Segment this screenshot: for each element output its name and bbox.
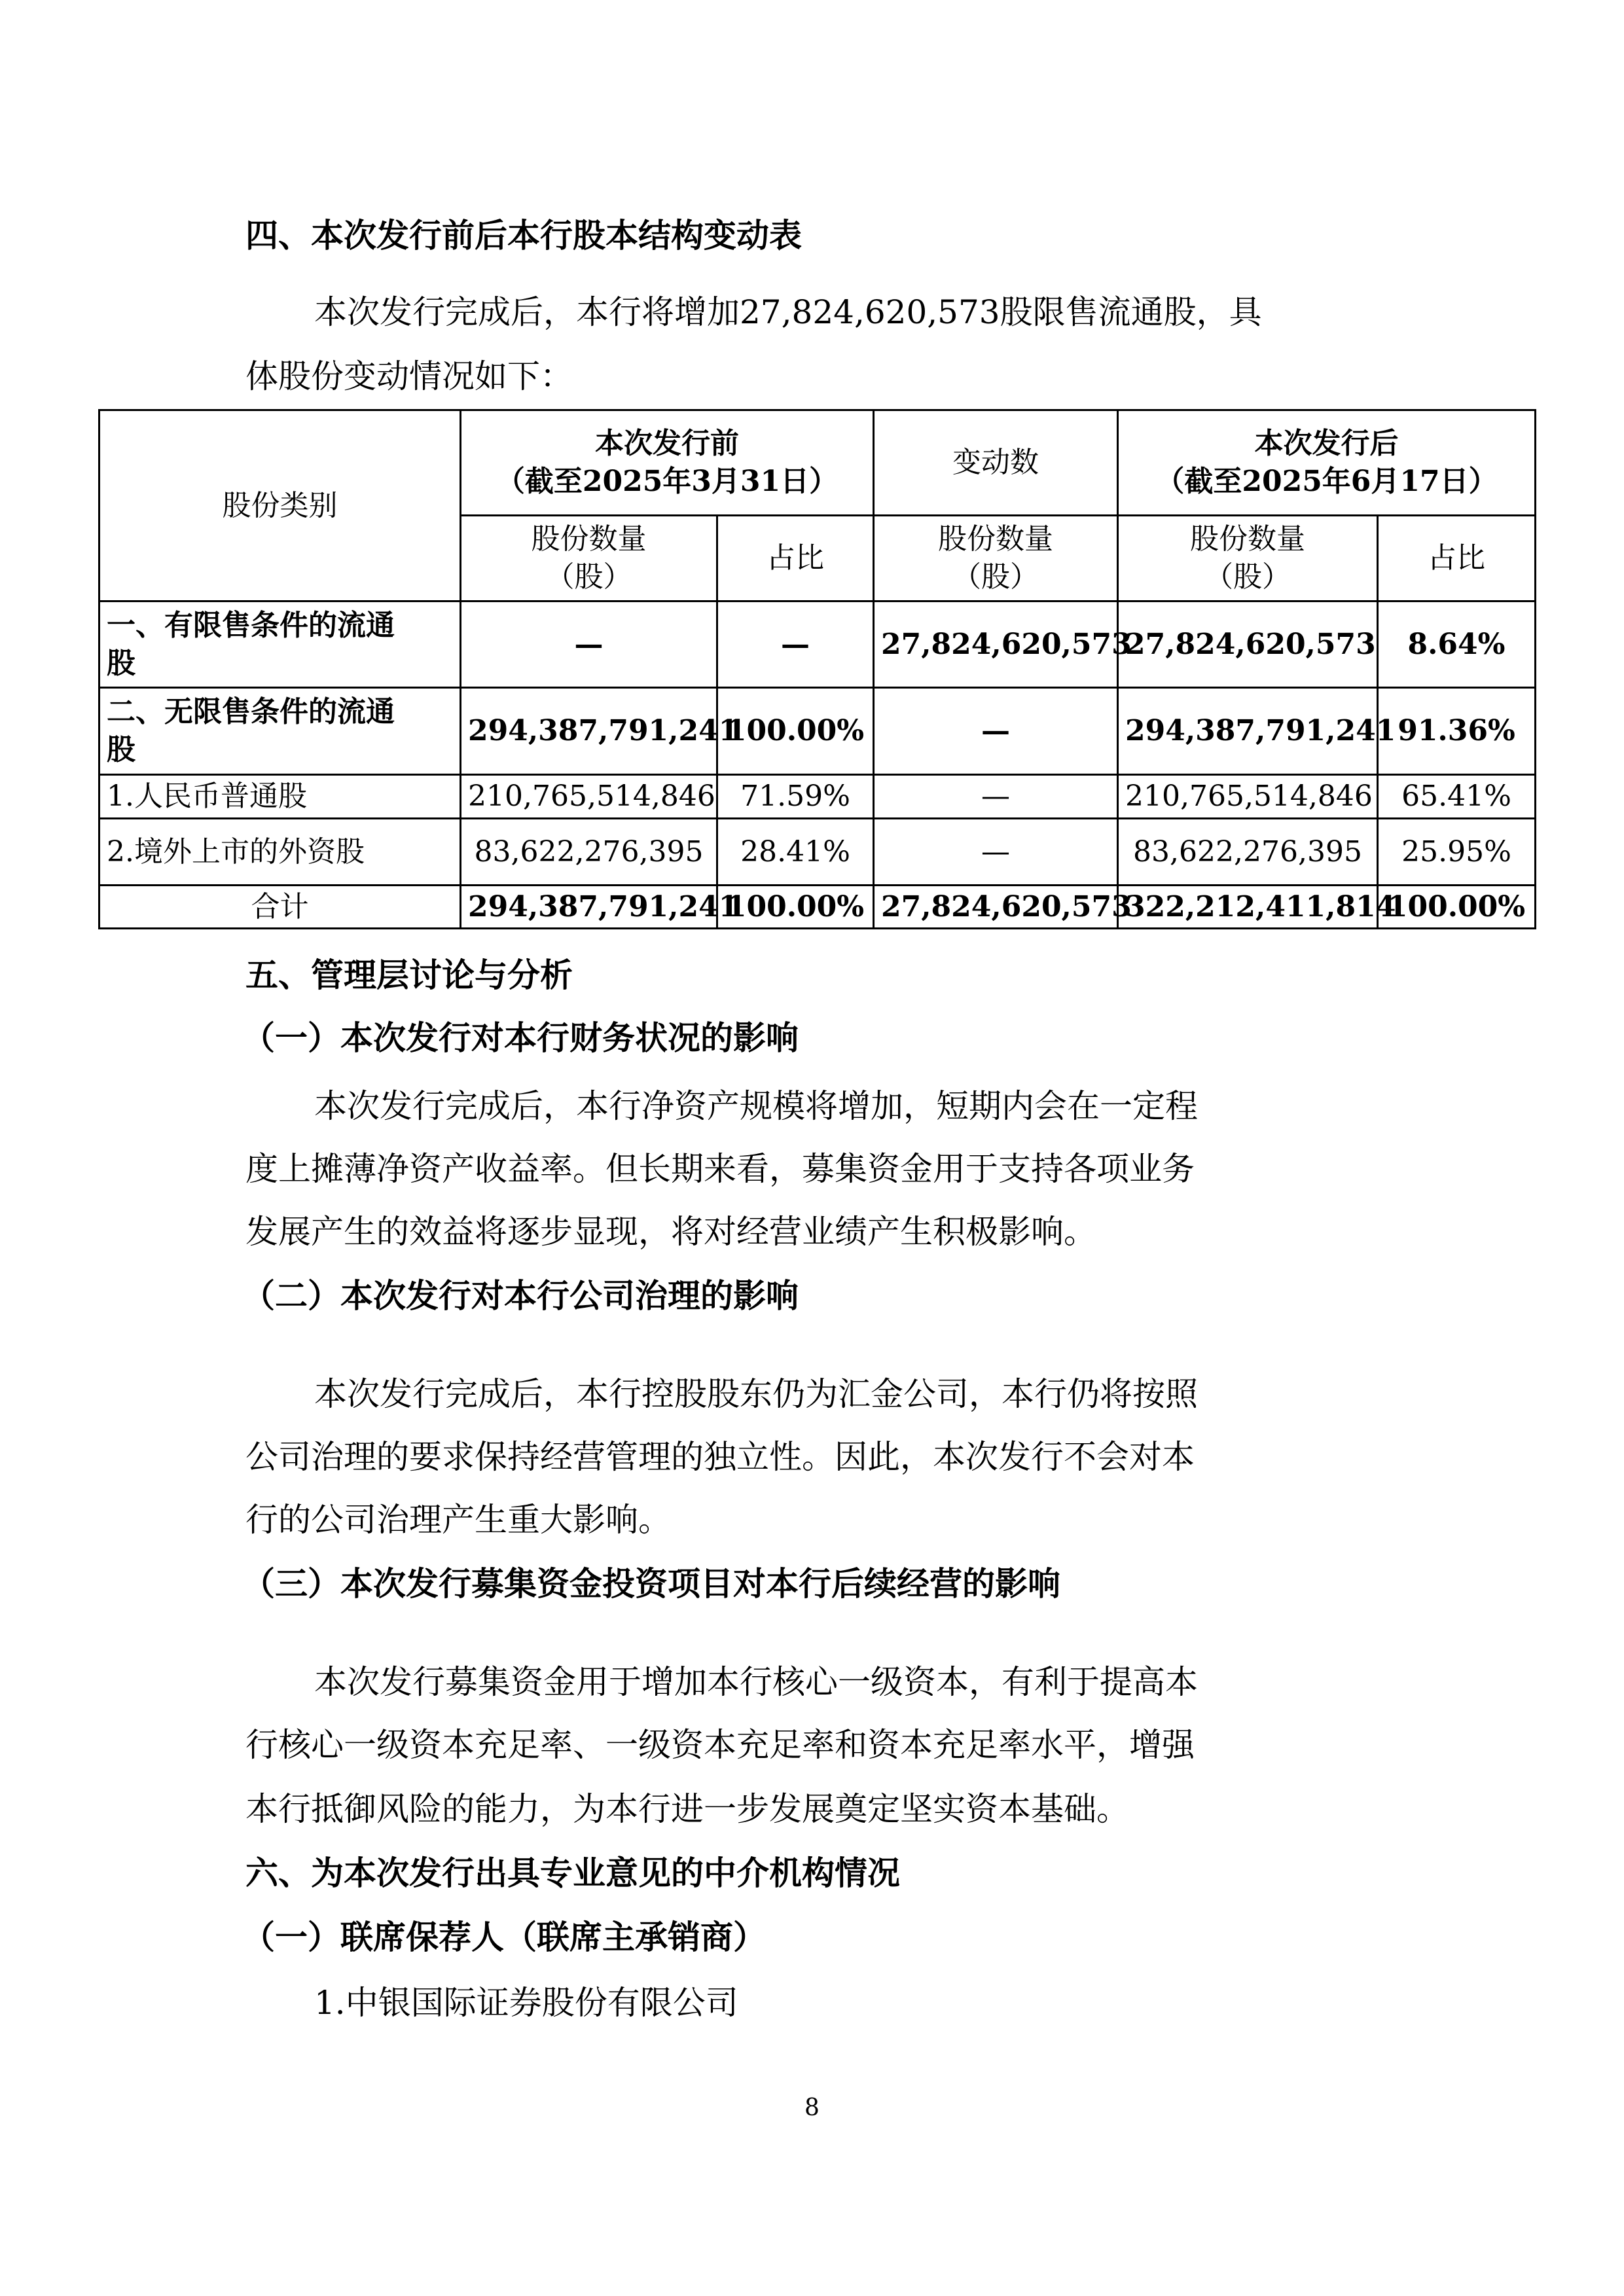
row-category: 一、有限售条件的流通股 — [99, 601, 461, 688]
section6-sub1: （一）联席保荐人（联席主承销商） — [242, 1918, 766, 1957]
cell-before-qty: 83,622,276,395 — [461, 819, 717, 886]
section4-heading: 四、本次发行前后本行股本结构变动表 — [245, 216, 802, 255]
table-row: 一、有限售条件的流通股 — — 27,824,620,573 27,824,62… — [99, 601, 1536, 688]
row-category: 2.境外上市的外资股 — [99, 819, 461, 886]
page-number: 8 — [0, 2094, 1624, 2121]
cell-after-ratio: 91.36% — [1378, 688, 1536, 775]
section5-sub2: （二）本次发行对本行公司治理的影响 — [242, 1276, 799, 1316]
row-category: 二、无限售条件的流通股 — [99, 688, 461, 775]
cell-before-ratio: 71.59% — [717, 775, 874, 819]
section6-heading: 六、为本次发行出具专业意见的中介机构情况 — [245, 1854, 900, 1893]
section5-sub1: （一）本次发行对本行财务状况的影响 — [242, 1018, 799, 1058]
cell-after-qty: 322,212,411,814 — [1118, 886, 1378, 929]
header-before-qty: 股份数量（股） — [461, 516, 717, 601]
header-change: 变动数 — [874, 410, 1118, 516]
cell-before-ratio: 28.41% — [717, 819, 874, 886]
header-after-qty: 股份数量（股） — [1118, 516, 1378, 601]
cell-change-qty: — — [874, 819, 1118, 886]
header-before-ratio: 占比 — [717, 516, 874, 601]
header-after: 本次发行后（截至2025年6月17日） — [1118, 410, 1536, 516]
cell-before-qty: — — [461, 601, 717, 688]
header-after-ratio: 占比 — [1378, 516, 1536, 601]
row-category: 1.人民币普通股 — [99, 775, 461, 819]
cell-change-qty: — — [874, 775, 1118, 819]
cell-after-ratio: 8.64% — [1378, 601, 1536, 688]
cell-before-ratio: — — [717, 601, 874, 688]
section5-p3-line1: 本次发行募集资金用于增加本行核心一级资本，有利于提高本 — [314, 1662, 1198, 1702]
table-header-row-1: 股份类别 本次发行前（截至2025年3月31日） 变动数 本次发行后（截至202… — [99, 410, 1536, 516]
cell-after-ratio: 100.00% — [1378, 886, 1536, 929]
section5-sub3: （三）本次发行募集资金投资项目对本行后续经营的影响 — [242, 1564, 1060, 1604]
header-change-qty: 股份数量（股） — [874, 516, 1118, 601]
section5-heading: 五、管理层讨论与分析 — [245, 956, 573, 995]
table-row-total: 合计 294,387,791,241 100.00% 27,824,620,57… — [99, 886, 1536, 929]
section5-p1-line2: 度上摊薄净资产收益率。但长期来看，募集资金用于支持各项业务 — [245, 1149, 1195, 1189]
cell-before-ratio: 100.00% — [717, 688, 874, 775]
cell-after-qty: 294,387,791,241 — [1118, 688, 1378, 775]
table-row: 1.人民币普通股 210,765,514,846 71.59% — 210,76… — [99, 775, 1536, 819]
header-category: 股份类别 — [99, 410, 461, 601]
section5-p3-line2: 行核心一级资本充足率、一级资本充足率和资本充足率水平，增强 — [245, 1725, 1195, 1765]
section5-p2-line2: 公司治理的要求保持经营管理的独立性。因此，本次发行不会对本 — [245, 1437, 1195, 1477]
cell-change-qty: 27,824,620,573 — [874, 601, 1118, 688]
section6-item1: 1.中银国际证券股份有限公司 — [314, 1983, 738, 2022]
cell-change-qty: — — [874, 688, 1118, 775]
cell-before-qty: 294,387,791,241 — [461, 688, 717, 775]
table-row: 2.境外上市的外资股 83,622,276,395 28.41% — 83,62… — [99, 819, 1536, 886]
row-category: 合计 — [99, 886, 461, 929]
section5-p1-line1: 本次发行完成后，本行净资产规模将增加，短期内会在一定程 — [314, 1086, 1198, 1126]
header-before: 本次发行前（截至2025年3月31日） — [461, 410, 874, 516]
cell-before-qty: 294,387,791,241 — [461, 886, 717, 929]
section4-intro-line2: 体股份变动情况如下： — [245, 357, 573, 396]
cell-change-qty: 27,824,620,573 — [874, 886, 1118, 929]
section5-p2-line1: 本次发行完成后，本行控股股东仍为汇金公司，本行仍将按照 — [314, 1374, 1198, 1414]
cell-after-ratio: 25.95% — [1378, 819, 1536, 886]
section5-p1-line3: 发展产生的效益将逐步显现，将对经营业绩产生积极影响。 — [245, 1212, 1096, 1251]
cell-before-qty: 210,765,514,846 — [461, 775, 717, 819]
share-structure-table: 股份类别 本次发行前（截至2025年3月31日） 变动数 本次发行后（截至202… — [98, 409, 1536, 929]
cell-before-ratio: 100.00% — [717, 886, 874, 929]
section5-p2-line3: 行的公司治理产生重大影响。 — [245, 1500, 671, 1539]
cell-after-qty: 83,622,276,395 — [1118, 819, 1378, 886]
cell-after-qty: 27,824,620,573 — [1118, 601, 1378, 688]
cell-after-qty: 210,765,514,846 — [1118, 775, 1378, 819]
cell-after-ratio: 65.41% — [1378, 775, 1536, 819]
section4-intro-line1: 本次发行完成后，本行将增加27,824,620,573股限售流通股，具 — [314, 293, 1262, 332]
table-row: 二、无限售条件的流通股 294,387,791,241 100.00% — 29… — [99, 688, 1536, 775]
section5-p3-line3: 本行抵御风险的能力，为本行进一步发展奠定坚实资本基础。 — [245, 1789, 1129, 1829]
